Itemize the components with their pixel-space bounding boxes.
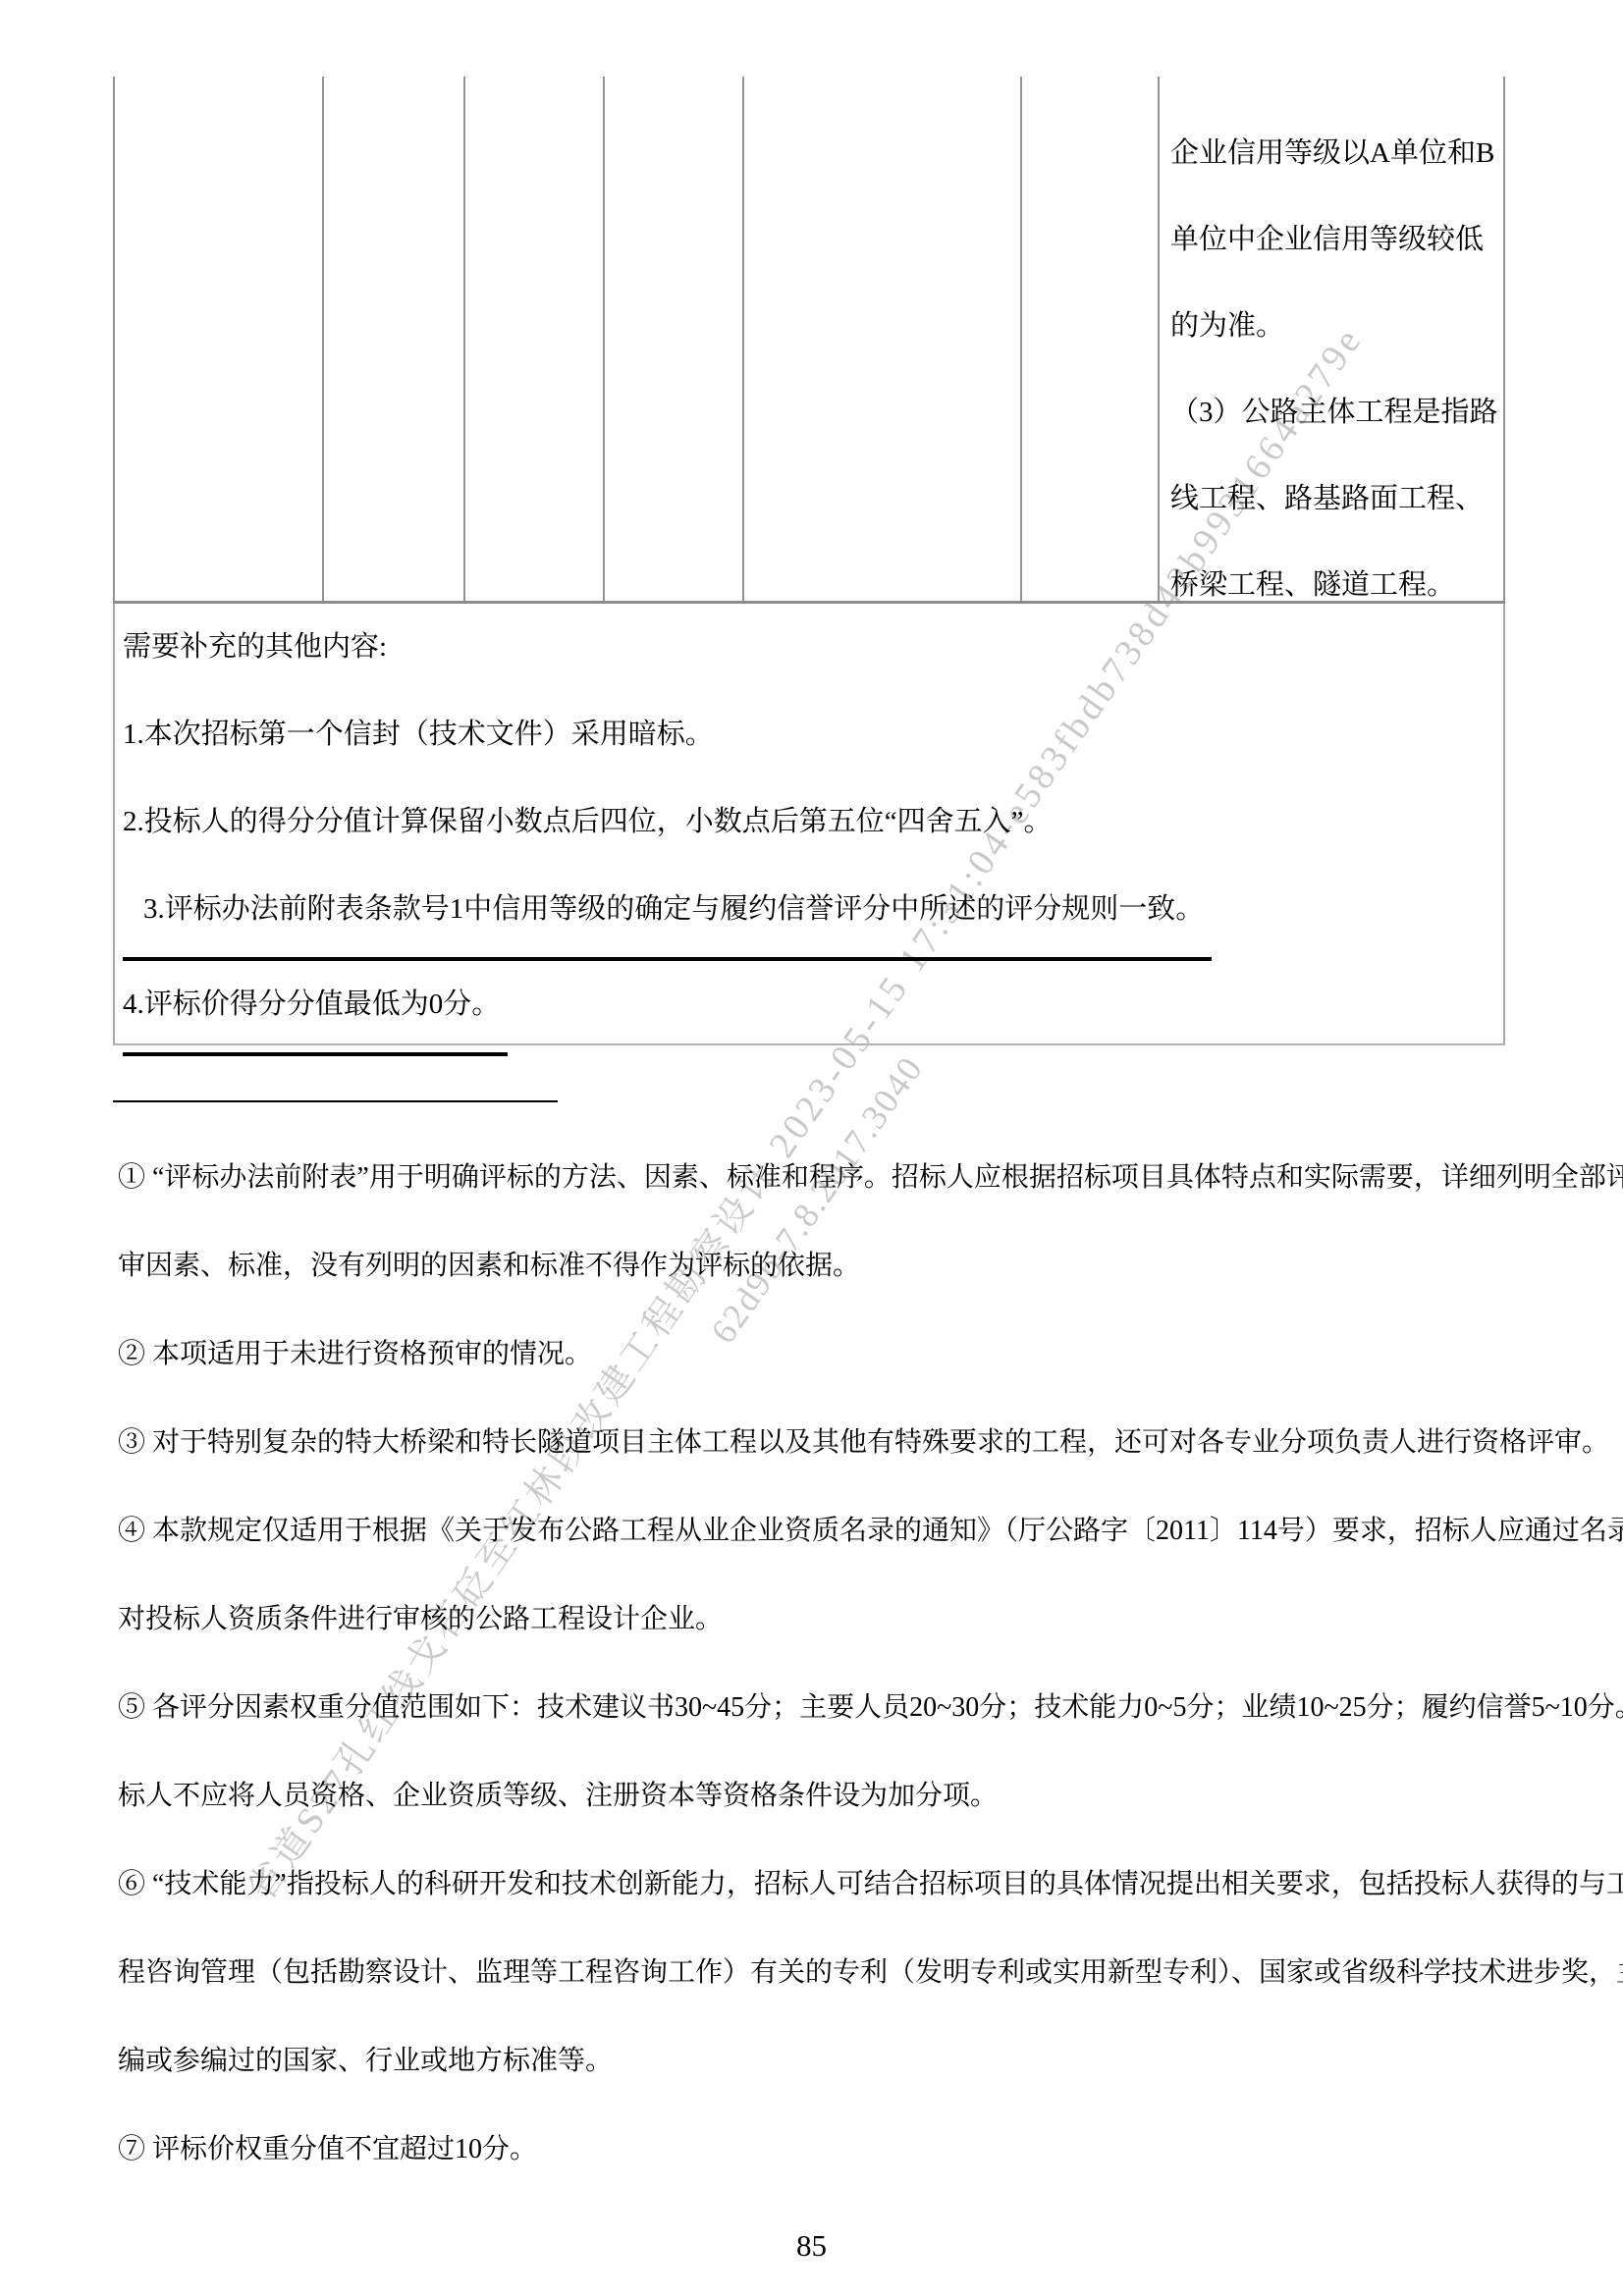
cell-text-line: （3）公路主体工程是指路 <box>1170 369 1509 455</box>
table-column-border <box>463 77 465 603</box>
footnote-line: 程咨询管理（包括勘察设计、监理等工程咨询工作）有关的专利（发明专利或实用新型专利… <box>118 1929 1551 2017</box>
footnote-line: 对投标人资质条件进行审核的公路工程设计企业。 <box>118 1575 1551 1664</box>
footnote-line: 编或参编过的国家、行业或地方标准等。 <box>118 2017 1551 2106</box>
table-column-border <box>742 77 744 603</box>
footnote-line: ⑦ 评标价权重分值不宜超过10分。 <box>118 2106 1551 2194</box>
supplement-item-4: 4.评标价得分分值最低为0分。 <box>123 961 1505 1056</box>
page-number: 85 <box>0 2226 1623 2266</box>
footnote-line: ② 本项适用于未进行资格预审的情况。 <box>118 1310 1551 1399</box>
cell-text-line: 线工程、路基路面工程、 <box>1170 455 1509 542</box>
box-left-border <box>113 604 115 1045</box>
underlined-text: 3.评标办法前附表条款号1中信用等级的确定与履约信誉评分中所述的评分规则一致。 <box>123 866 1212 961</box>
document-page: { "table": { "cell_lines": [ "企业信用等级以A单位… <box>0 0 1623 2296</box>
supplement-box: 需要补充的其他内容: 1.本次招标第一个信封（技术文件）采用暗标。 2.投标人的… <box>123 604 1505 1056</box>
footnote-line: 审因素、标准，没有列明的因素和标准不得作为评标的依据。 <box>118 1222 1551 1310</box>
footnote-line: ④ 本款规定仅适用于根据《关于发布公路工程从业企业资质名录的通知》（厅公路字〔2… <box>118 1487 1551 1575</box>
supplement-item-1: 1.本次招标第一个信封（技术文件）采用暗标。 <box>123 691 1505 778</box>
footnote-line: ⑥ “技术能力”指投标人的科研开发和技术创新能力，招标人可结合招标项目的具体情况… <box>118 1841 1551 1929</box>
footnote-line: ⑤ 各评分因素权重分值范围如下：技术建议书30~45分；主要人员20~30分；技… <box>118 1664 1551 1752</box>
footnotes-block: ① “评标办法前附表”用于明确评标的方法、因素、标准和程序。招标人应根据招标项目… <box>118 1134 1551 2194</box>
table-column-border <box>322 77 324 603</box>
underlined-text: 4.评标价得分分值最低为0分。 <box>123 961 508 1056</box>
table-column-border <box>603 77 605 603</box>
credit-rating-note-cell: 企业信用等级以A单位和B 单位中企业信用等级较低 的为准。 （3）公路主体工程是… <box>1170 110 1509 628</box>
table-column-border <box>113 77 115 603</box>
footnote-separator-line <box>113 1100 558 1102</box>
footnote-line: ③ 对于特别复杂的特大桥梁和特长隧道项目主体工程以及其他有特殊要求的工程，还可对… <box>118 1399 1551 1487</box>
footnote-line: ① “评标办法前附表”用于明确评标的方法、因素、标准和程序。招标人应根据招标项目… <box>118 1134 1551 1222</box>
footnote-line: 标人不应将人员资格、企业资质等级、注册资本等资格条件设为加分项。 <box>118 1752 1551 1841</box>
cell-text-line: 单位中企业信用等级较低 <box>1170 196 1509 283</box>
table-column-border <box>1020 77 1022 603</box>
supplement-item-3: 3.评标办法前附表条款号1中信用等级的确定与履约信誉评分中所述的评分规则一致。 <box>123 866 1505 961</box>
supplement-item-2: 2.投标人的得分分值计算保留小数点后四位，小数点后第五位“四舍五入”。 <box>123 778 1505 866</box>
cell-text-line: 的为准。 <box>1170 283 1509 369</box>
supplement-title: 需要补充的其他内容: <box>123 604 1505 691</box>
cell-text-line: 企业信用等级以A单位和B <box>1170 110 1509 196</box>
table-column-border <box>1158 77 1160 603</box>
